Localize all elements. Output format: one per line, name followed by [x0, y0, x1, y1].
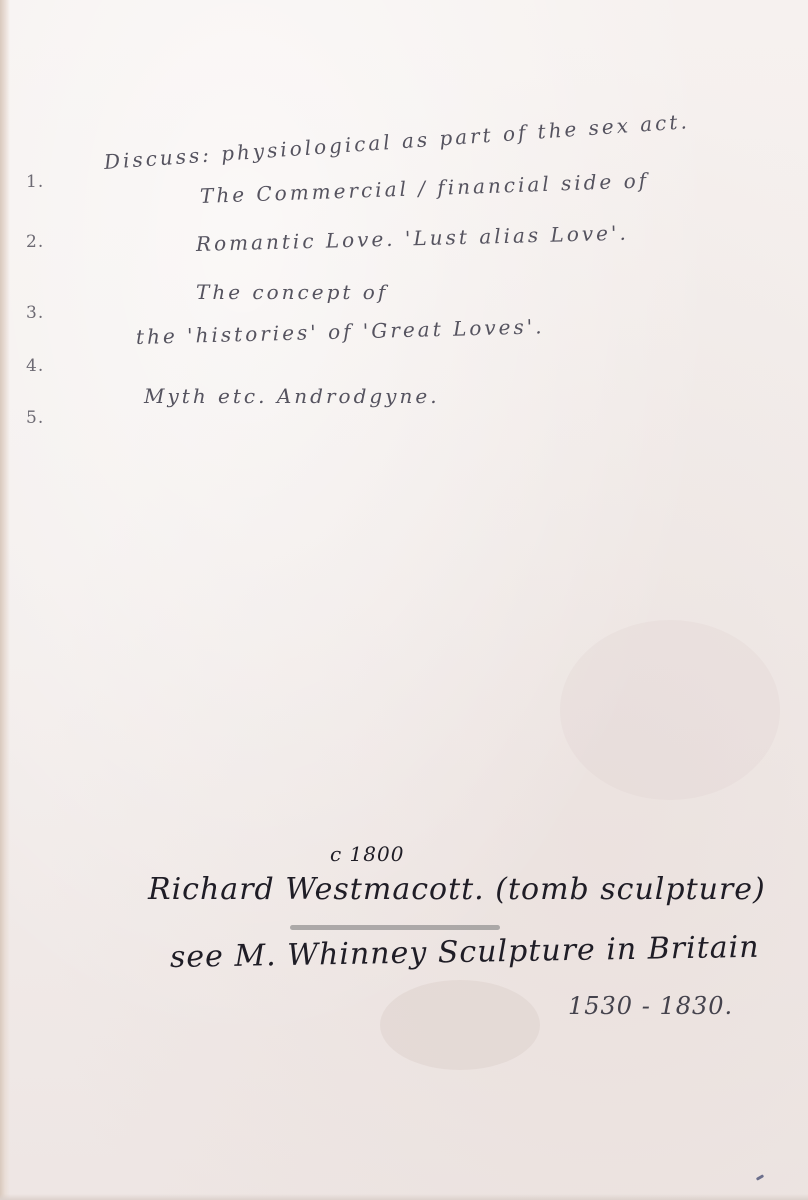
paper-edge-bottom — [0, 1194, 808, 1200]
note-line-2: The Commercial / financial side of — [200, 168, 650, 208]
footnote-line-1: Richard Westmacott. (tomb sculpture) — [148, 872, 766, 907]
footnote-line-3: 1530 - 1830. — [568, 992, 733, 1020]
list-number-5: 5. — [26, 408, 44, 428]
paper-stain — [380, 980, 540, 1070]
date-note: c 1800 — [330, 842, 404, 866]
list-number-1: 1. — [26, 172, 44, 192]
paper-stain — [560, 620, 780, 800]
note-line-5: the 'histories' of 'Great Loves'. — [136, 314, 545, 349]
note-line-3: Romantic Love. 'Lust alias Love'. — [196, 221, 629, 256]
footnote-line-2: see M. Whinney Sculpture in Britain — [170, 930, 760, 975]
pencil-underline — [290, 925, 500, 930]
pen-mark — [756, 1174, 764, 1181]
note-line-4: The concept of — [196, 280, 388, 304]
paper-sheet: 1. 2. 3. 4. 5. Discuss: physiological as… — [0, 0, 808, 1200]
list-number-4: 4. — [26, 356, 44, 376]
note-line-6: Myth etc. Androdgyne. — [144, 384, 440, 408]
note-line-1: Discuss: physiological as part of the se… — [103, 109, 690, 174]
list-number-2: 2. — [26, 232, 44, 252]
list-number-3: 3. — [26, 303, 44, 323]
paper-edge-left — [0, 0, 10, 1200]
